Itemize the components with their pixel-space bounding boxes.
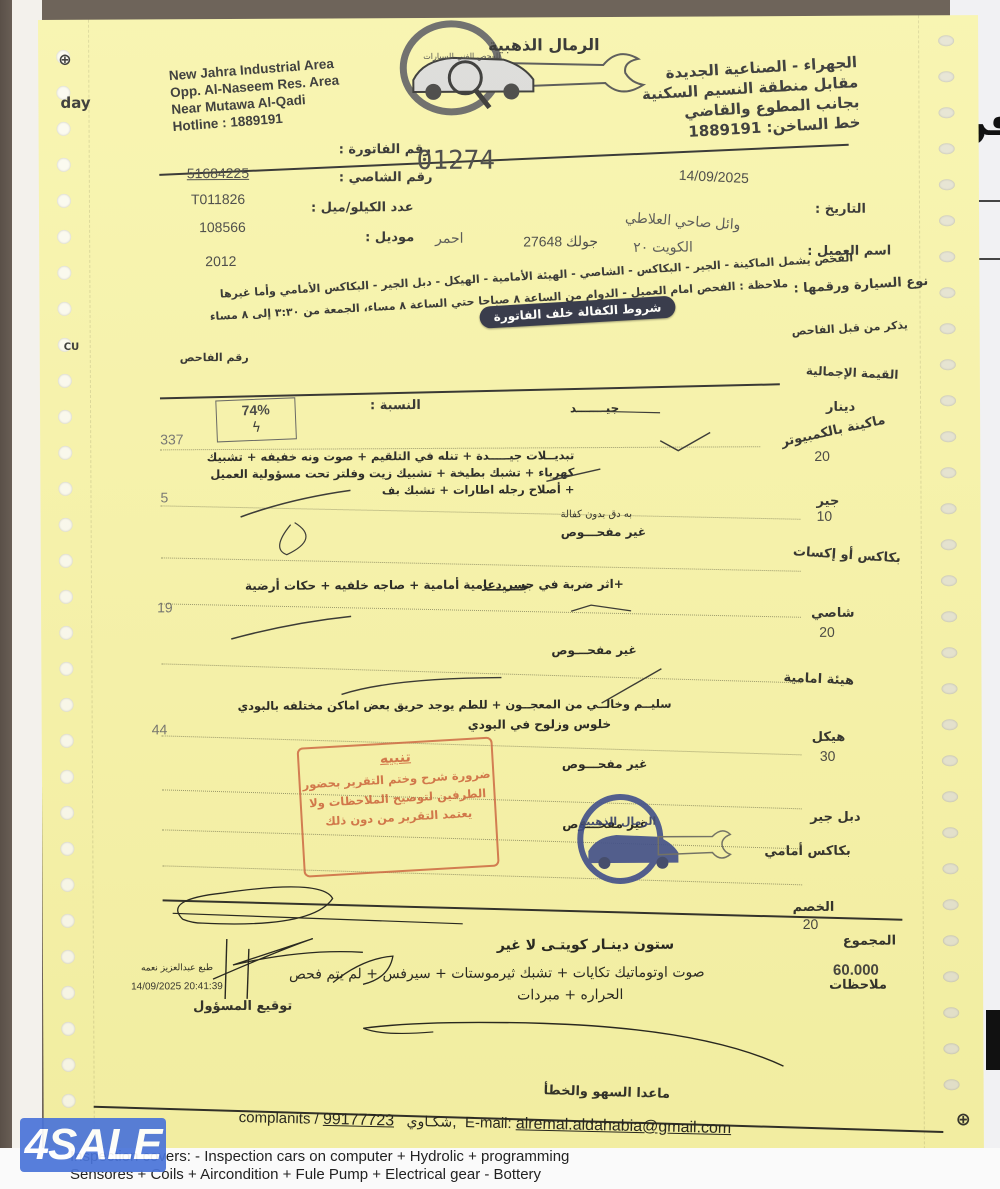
total-value-label: القيمة الإجمالية bbox=[806, 364, 899, 382]
footer-contact: complanits / شكـاوي 99177723, E-mail: al… bbox=[239, 1109, 732, 1138]
perforation-line-right bbox=[918, 15, 925, 1184]
chassis-number: 51684225 bbox=[187, 165, 249, 181]
email-label: E-mail: bbox=[465, 1114, 512, 1132]
background-paper-edge bbox=[12, 0, 42, 1189]
signature-icon bbox=[163, 878, 484, 1000]
car-number: 27648 جولك bbox=[523, 233, 598, 250]
row-max-chassis: 20 bbox=[819, 624, 835, 640]
dinar-label: دينار bbox=[826, 400, 855, 415]
crosshair-mark-icon: ⊕ bbox=[58, 50, 72, 69]
row-label-front-transfer: بكاكس أمامي bbox=[764, 844, 850, 859]
crosshair-mark-icon: ⊕ bbox=[956, 1109, 971, 1130]
row-label-body: هيكل bbox=[812, 730, 846, 745]
inspection-invoice: ⊕ day CU ⊕ الرمال الذهبية للفحص الفني لل… bbox=[38, 15, 984, 1189]
company-stamp-icon: الرمال الذهبية bbox=[572, 780, 733, 891]
row-max-gear: 10 bbox=[817, 508, 833, 524]
company-logo: الرمال الذهبية للفحص الفني للسيارات bbox=[393, 7, 654, 118]
date-label: التاريخ : bbox=[815, 202, 866, 217]
total-value: 60.000 bbox=[833, 962, 879, 979]
handwritten-marks-icon bbox=[190, 396, 812, 739]
complaints-label-ar: شكـاوي bbox=[406, 1114, 452, 1131]
model-label: موديل : bbox=[365, 230, 414, 245]
address-english: New Jahra Industrial Area Opp. Al-Naseem… bbox=[168, 55, 342, 136]
row-label-double-gear: دبل جير bbox=[810, 810, 861, 825]
svg-text:الرمال الذهبية: الرمال الذهبية bbox=[580, 815, 657, 828]
4sale-watermark-badge: 4SALE bbox=[20, 1118, 166, 1172]
row-label-chassis: شاصي bbox=[811, 606, 854, 621]
perforation-line-left bbox=[88, 20, 95, 1189]
warning-stamp: تنبيه ضرورة شرح وختم التقرير بحضور الطرف… bbox=[297, 737, 500, 878]
row-result-double-gear: غير مفحـــوص bbox=[562, 757, 648, 771]
company-name: الرمال الذهبية bbox=[488, 35, 600, 55]
customer-name: وائل صاحي العلاطي bbox=[625, 209, 741, 233]
row-inspector-gear: 5 bbox=[160, 489, 168, 505]
address-arabic: الجهراء - الصناعية الجديدة مقابل منطقة ا… bbox=[640, 52, 861, 144]
tractor-holes-right bbox=[938, 35, 960, 1115]
date-value: 14/09/2025 bbox=[678, 167, 749, 186]
row-max-body: 30 bbox=[820, 748, 836, 764]
signature-underline-icon bbox=[323, 1012, 803, 1075]
wrench-car-logo-icon bbox=[393, 7, 654, 118]
tractor-holes-left bbox=[56, 50, 76, 1130]
complaints-label: complanits / bbox=[239, 1109, 319, 1128]
margin-text: day bbox=[60, 94, 90, 112]
color-value: احمر bbox=[435, 230, 463, 247]
row-label-gear: جير bbox=[816, 494, 839, 509]
model-value: 108566 bbox=[199, 219, 246, 235]
car-type-label: نوع السيارة ورقمها : bbox=[793, 274, 928, 297]
year-value: 2012 bbox=[205, 253, 236, 269]
total-label: المجموع bbox=[843, 934, 896, 949]
row-max-engine: 20 bbox=[814, 448, 830, 464]
errors-excepted-note: ماعدا السهو والخطأ bbox=[543, 1083, 670, 1102]
row-inspector-chassis: 19 bbox=[157, 599, 173, 615]
remarks-label: ملاحظات bbox=[829, 978, 887, 993]
plate-value: الكويت ٢٠ bbox=[633, 239, 693, 256]
total-in-words: ستون دينـار كويتـى لا غير bbox=[497, 937, 674, 954]
chassis-label: رقم الشاصي : bbox=[339, 170, 433, 185]
email-address: alremal.aldahabia@gmail.com bbox=[516, 1115, 732, 1137]
row-inspector-engine: 337 bbox=[160, 431, 183, 447]
brochure-dark-object bbox=[986, 1010, 1000, 1070]
inspector-note: يذكر من قبل الفاحص bbox=[791, 318, 908, 338]
km-value: T011826 bbox=[191, 191, 245, 207]
margin-text-2: CU bbox=[64, 342, 80, 353]
row-label-discount: الخصم bbox=[793, 900, 835, 915]
company-tagline: للفحص الفني للسيارات bbox=[423, 52, 501, 61]
km-label: عدد الكيلو/ميل : bbox=[311, 200, 414, 216]
remarks-line-2: الحراره + مبردات bbox=[517, 987, 623, 1004]
inspector-number-label: رقم الفاحص bbox=[180, 351, 249, 364]
signature-label: توقيع المسؤول bbox=[193, 999, 292, 1015]
